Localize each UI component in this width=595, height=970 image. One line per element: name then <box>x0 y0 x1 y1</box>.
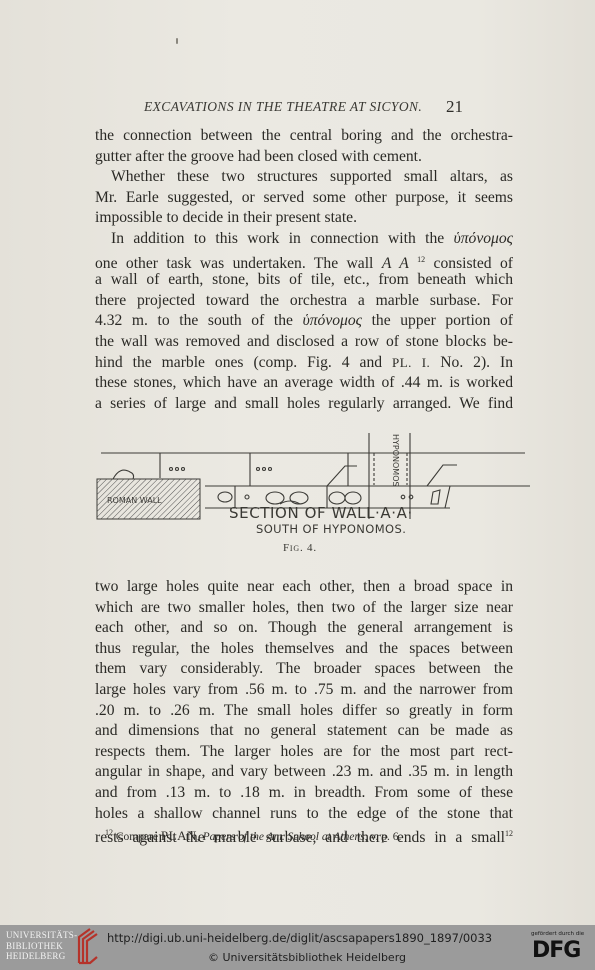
book-page: EXCAVATIONS IN THE THEATRE AT SICYON. 21… <box>0 0 595 925</box>
footnote: 12 Compare PLAN, Papers of the Am. Schoo… <box>105 828 401 844</box>
footnote-ref[interactable]: 12 <box>417 255 425 264</box>
hyponomos-label: HYPONOMOS <box>391 434 400 487</box>
library-name: UNIVERSITÄTS- BIBLIOTHEK HEIDELBERG <box>6 930 77 962</box>
text-line: the connection between the central borin… <box>95 126 513 147</box>
roman-wall-label: ROMAN WALL <box>107 496 162 505</box>
text-line: which are two smaller holes, then two of… <box>95 598 513 619</box>
text-line: thus regular, the holes themselves and t… <box>95 639 513 660</box>
dfg-logo: DFG <box>532 938 580 963</box>
text-fragment: hind the marble ones (comp. Fig. 4 and <box>95 354 382 371</box>
library-name-line: UNIVERSITÄTS- <box>6 930 77 941</box>
greek-word: ὑπόνομος <box>454 230 513 247</box>
text-line: .20 m. to .26 m. The small holes differ … <box>95 701 513 722</box>
library-footer: UNIVERSITÄTS- BIBLIOTHEK HEIDELBERG http… <box>0 925 595 970</box>
text-line: these stones, which have an average widt… <box>95 373 513 394</box>
section-drawing: ROMAN WALL HYPONOMOS <box>95 400 535 520</box>
text-line: and from .13 m. to .18 m. in breadth. Fr… <box>95 783 513 804</box>
text-line: impossible to decide in their present st… <box>95 208 513 229</box>
text-line: one other task was undertaken. The wall … <box>95 250 513 271</box>
text-line: hind the marble ones (comp. Fig. 4 and P… <box>95 353 513 374</box>
text-line: Mr. Earle suggested, or served some othe… <box>95 188 513 209</box>
scan-speck <box>176 38 178 44</box>
text-fragment: Compare <box>113 831 161 843</box>
text-fragment: In addition to this work in connection w… <box>111 230 444 247</box>
text-line: holes a shallow channel runs to the edge… <box>95 804 513 825</box>
text-line: them vary considerably. The broader spac… <box>95 659 513 680</box>
figure-label: Fig. 4. <box>283 542 317 554</box>
text-line: large holes vary from .56 m. to .75 m. a… <box>95 680 513 701</box>
page-number: 21 <box>446 97 463 117</box>
publication-title: Papers of the Am. School at Athens <box>203 831 365 843</box>
text-line: and dimensions that no general statement… <box>95 721 513 742</box>
footnote-number: 12 <box>105 828 113 837</box>
text-line: a wall of earth, stone, bits of tile, et… <box>95 270 513 291</box>
text-fragment: No. 2). In <box>430 354 513 371</box>
text-line: In addition to this work in connection w… <box>95 229 513 250</box>
body-text-bottom: two large holes quite near each other, t… <box>95 577 513 845</box>
text-line: there projected toward the orchestra a m… <box>95 291 513 312</box>
text-line: the wall was removed and disclosed a row… <box>95 332 513 353</box>
text-fragment: , v. p. 6. <box>365 831 402 843</box>
text-line: angular in shape, and vary between .23 m… <box>95 762 513 783</box>
body-text-top: the connection between the central borin… <box>95 126 513 414</box>
library-name-line: HEIDELBERG <box>6 951 77 962</box>
figure-caption-title: SECTION OF WALL·A·A· <box>229 504 413 522</box>
funding-note: gefördert durch die <box>531 931 584 937</box>
text-fragment: 4.32 m. to the south of the <box>95 312 293 329</box>
library-name-line: BIBLIOTHEK <box>6 941 77 952</box>
text-line: gutter after the groove had been closed … <box>95 147 513 168</box>
text-fragment: the upper portion of <box>362 312 513 329</box>
footnote-ref[interactable]: 12 <box>505 829 513 838</box>
figure-caption-subtitle: SOUTH OF HYPONOMOS. <box>256 522 406 536</box>
text-line: two large holes quite near each other, t… <box>95 577 513 598</box>
plate-ref: PL. I. <box>392 355 430 370</box>
running-head: EXCAVATIONS IN THE THEATRE AT SICYON. <box>144 99 464 115</box>
text-line: each other, and so on. Though the genera… <box>95 618 513 639</box>
text-line: respects them. The larger holes are for … <box>95 742 513 763</box>
plan-ref: PLAN <box>161 828 197 843</box>
greek-word: ὑπόνομος <box>303 312 362 329</box>
copyright-notice: © Universitätsbibliothek Heidelberg <box>208 951 406 964</box>
library-logo-icon <box>76 927 98 967</box>
permalink-url[interactable]: http://digi.ub.uni-heidelberg.de/diglit/… <box>107 931 492 945</box>
text-line: Whether these two structures supported s… <box>95 167 513 188</box>
text-line: 4.32 m. to the south of the ὑπόνομος the… <box>95 311 513 332</box>
